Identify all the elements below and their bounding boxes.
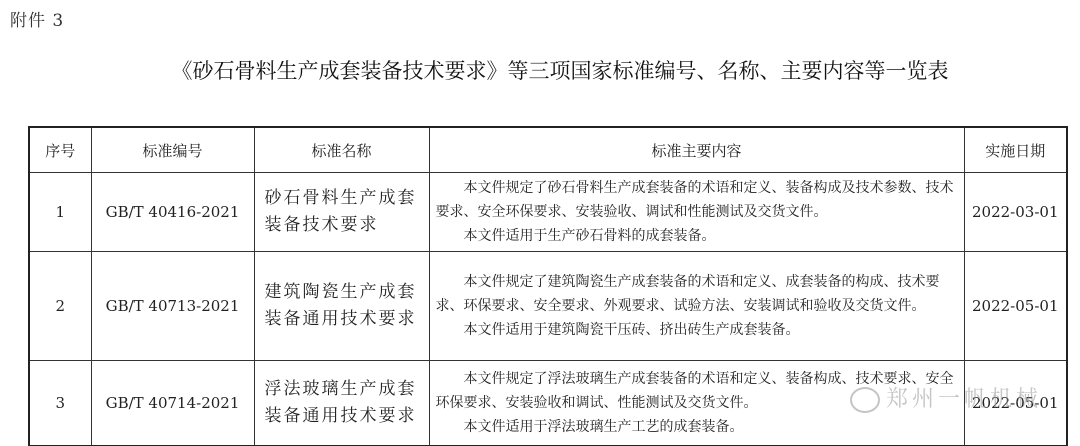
watermark: 郑州一帆机械: [850, 382, 1042, 413]
table-row: 2 GB/T 40713-2021 建筑陶瓷生产成套装备通用技术要求 本文件规定…: [29, 252, 1067, 361]
row-index: 2: [29, 252, 91, 361]
content-paragraph: 本文件适用于浮法玻璃生产工艺的成套装备。: [436, 415, 958, 439]
row-content: 本文件规定了砂石骨料生产成套装备的术语和定义、装备构成及技术参数、技术要求、安全…: [429, 173, 964, 252]
content-paragraph: 本文件规定了砂石骨料生产成套装备的术语和定义、装备构成及技术参数、技术要求、安全…: [436, 176, 958, 224]
row-name: 浮法玻璃生产成套装备通用技术要求: [254, 361, 429, 446]
row-index: 3: [29, 361, 91, 446]
header-name: 标准名称: [254, 127, 429, 173]
row-date: 2022-03-01: [964, 173, 1067, 252]
row-name: 砂石骨料生产成套装备技术要求: [254, 173, 429, 252]
header-index: 序号: [29, 127, 91, 173]
row-code: GB/T 40713-2021: [91, 252, 254, 361]
header-content: 标准主要内容: [429, 127, 964, 173]
row-name: 建筑陶瓷生产成套装备通用技术要求: [254, 252, 429, 361]
content-paragraph: 本文件适用于建筑陶瓷干压砖、挤出砖生产成套装备。: [436, 318, 958, 342]
attachment-label: 附件 3: [10, 6, 64, 31]
content-paragraph: 本文件适用于生产砂石骨料的成套装备。: [436, 224, 958, 248]
table-row: 1 GB/T 40416-2021 砂石骨料生产成套装备技术要求 本文件规定了砂…: [29, 173, 1067, 252]
row-code: GB/T 40714-2021: [91, 361, 254, 446]
header-code: 标准编号: [91, 127, 254, 173]
row-index: 1: [29, 173, 91, 252]
document-title: 《砂石骨料生产成套装备技术要求》等三项国家标准编号、名称、主要内容等一览表: [0, 55, 1080, 85]
wechat-icon: [850, 387, 880, 413]
row-content: 本文件规定了建筑陶瓷生产成套装备的术语和定义、成套装备的构成、技术要求、环保要求…: [429, 252, 964, 361]
row-date: 2022-05-01: [964, 252, 1067, 361]
header-date: 实施日期: [964, 127, 1067, 173]
row-code: GB/T 40416-2021: [91, 173, 254, 252]
content-paragraph: 本文件规定了建筑陶瓷生产成套装备的术语和定义、成套装备的构成、技术要求、环保要求…: [436, 270, 958, 318]
watermark-text: 郑州一帆机械: [886, 387, 1042, 412]
table-header-row: 序号 标准编号 标准名称 标准主要内容 实施日期: [29, 127, 1067, 173]
